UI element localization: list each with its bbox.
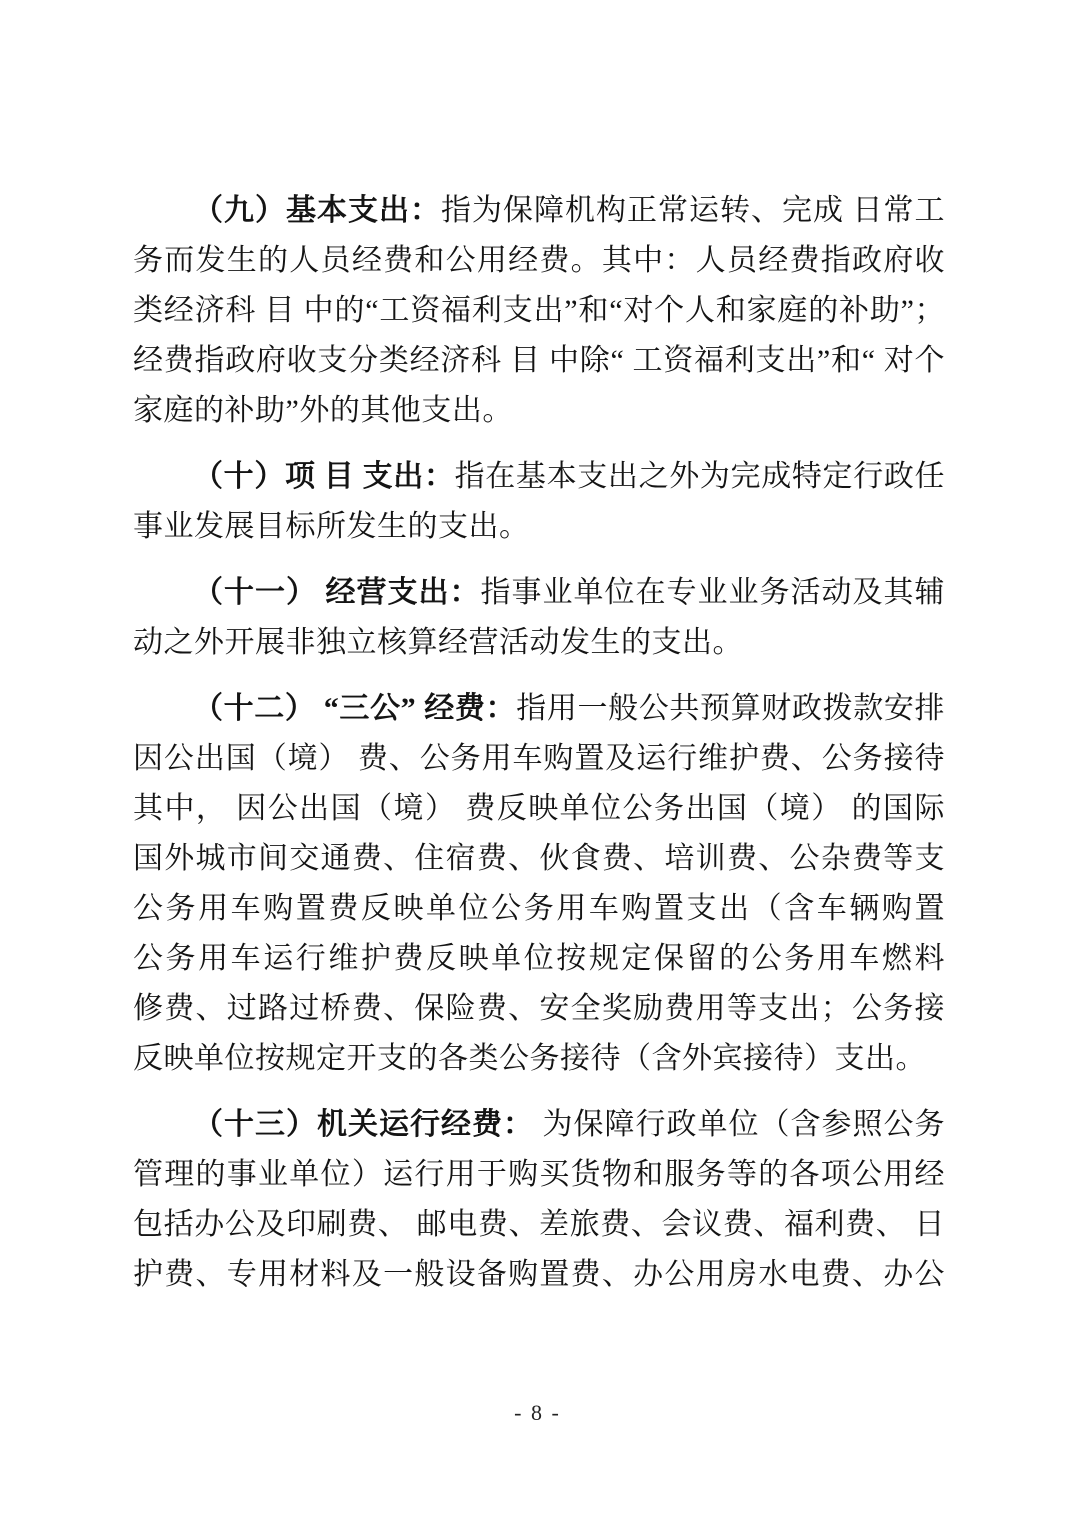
section-heading: （十二） “三公” 经费：	[193, 692, 516, 725]
text-line: 公务用车购置费反映单位公务用车购置支出（含车辆购置税）；	[133, 884, 945, 934]
text-line: 事业发展目标所发生的支出。	[133, 502, 945, 552]
paragraph: （十一） 经营支出：指事业单位在专业业务活动及其辅助活动之外开展非独立核算经营活…	[133, 568, 945, 668]
paragraph: （十三）机关运行经费： 为保障行政单位（含参照公务员法管理的事业单位）运行用于购…	[133, 1100, 945, 1300]
paragraph: （九）基本支出：指为保障机构正常运转、完成 日常工作任务而发生的人员经费和公用经…	[133, 186, 945, 436]
line-text: 家庭的补助”外的其他支出。	[133, 394, 513, 427]
text-line: 动之外开展非独立核算经营活动发生的支出。	[133, 618, 945, 668]
line-text: 其中， 因公出国（境） 费反映单位公务出国（境） 的国际旅费、	[133, 792, 945, 834]
text-line: 修费、过路过桥费、保险费、安全奖励费用等支出；公务接待费	[133, 984, 945, 1034]
text-line: （十三）机关运行经费： 为保障行政单位（含参照公务员法	[133, 1100, 945, 1150]
document-page: （九）基本支出：指为保障机构正常运转、完成 日常工作任务而发生的人员经费和公用经…	[0, 0, 1075, 1520]
section-heading: （九）基本支出：	[193, 194, 441, 227]
line-text: 护费、专用材料及一般设备购置费、办公用房水电费、办公用房	[133, 1258, 945, 1300]
text-line: 务而发生的人员经费和公用经费。其中：人员经费指政府收支分	[133, 236, 945, 286]
text-line: 包括办公及印刷费、 邮电费、差旅费、会议费、福利费、 日常维	[133, 1200, 945, 1250]
section-heading: （十一） 经营支出：	[193, 576, 481, 609]
text-line: （十一） 经营支出：指事业单位在专业业务活动及其辅助活	[133, 568, 945, 618]
section-heading: （十三）机关运行经费：	[193, 1108, 534, 1141]
paragraph: （十二） “三公” 经费：指用一般公共预算财政拨款安排的因公出国（境） 费、公务…	[133, 684, 945, 1084]
text-line: 护费、专用材料及一般设备购置费、办公用房水电费、办公用房	[133, 1250, 945, 1300]
text-line: 反映单位按规定开支的各类公务接待（含外宾接待）支出。	[133, 1034, 945, 1084]
text-line: （十二） “三公” 经费：指用一般公共预算财政拨款安排的	[133, 684, 945, 734]
line-text: 动之外开展非独立核算经营活动发生的支出。	[133, 626, 743, 659]
line-text: 务而发生的人员经费和公用经费。其中：人员经费指政府收支分	[133, 244, 945, 286]
document-body: （九）基本支出：指为保障机构正常运转、完成 日常工作任务而发生的人员经费和公用经…	[133, 186, 945, 1300]
line-text: 公务用车购置费反映单位公务用车购置支出（含车辆购置税）；	[133, 892, 945, 934]
line-text: 公务用车运行维护费反映单位按规定保留的公务用车燃料费、维	[133, 942, 945, 984]
line-text: 因公出国（境） 费、公务用车购置及运行维护费、公务接待费。	[133, 742, 945, 784]
line-text: 修费、过路过桥费、保险费、安全奖励费用等支出；公务接待费	[133, 992, 945, 1034]
text-line: 家庭的补助”外的其他支出。	[133, 386, 945, 436]
line-text: 类经济科 目 中的“工资福利支出”和“对个人和家庭的补助”；公用	[133, 294, 945, 336]
line-text: 经费指政府收支分类经济科 目 中除“ 工资福利支出”和“ 对个人和	[133, 344, 945, 386]
line-text: 管理的事业单位）运行用于购买货物和服务等的各项公用经费 ，	[133, 1158, 945, 1200]
line-text: 包括办公及印刷费、 邮电费、差旅费、会议费、福利费、 日常维	[133, 1208, 945, 1250]
text-line: 其中， 因公出国（境） 费反映单位公务出国（境） 的国际旅费、	[133, 784, 945, 834]
page-number: - 8 -	[0, 1400, 1075, 1426]
text-line: 经费指政府收支分类经济科 目 中除“ 工资福利支出”和“ 对个人和	[133, 336, 945, 386]
line-text: 事业发展目标所发生的支出。	[133, 510, 530, 543]
line-text: 国外城市间交通费、住宿费、伙食费、培训费、公杂费等支出；	[133, 842, 945, 884]
text-line: 因公出国（境） 费、公务用车购置及运行维护费、公务接待费。	[133, 734, 945, 784]
text-line: 管理的事业单位）运行用于购买货物和服务等的各项公用经费 ，	[133, 1150, 945, 1200]
section-heading: （十）项 目 支出：	[193, 460, 455, 493]
text-line: 公务用车运行维护费反映单位按规定保留的公务用车燃料费、维	[133, 934, 945, 984]
text-line: （十）项 目 支出：指在基本支出之外为完成特定行政任务和	[133, 452, 945, 502]
text-line: （九）基本支出：指为保障机构正常运转、完成 日常工作任	[133, 186, 945, 236]
text-line: 类经济科 目 中的“工资福利支出”和“对个人和家庭的补助”；公用	[133, 286, 945, 336]
line-text: 反映单位按规定开支的各类公务接待（含外宾接待）支出。	[133, 1042, 926, 1075]
paragraph: （十）项 目 支出：指在基本支出之外为完成特定行政任务和事业发展目标所发生的支出…	[133, 452, 945, 552]
text-line: 国外城市间交通费、住宿费、伙食费、培训费、公杂费等支出；	[133, 834, 945, 884]
